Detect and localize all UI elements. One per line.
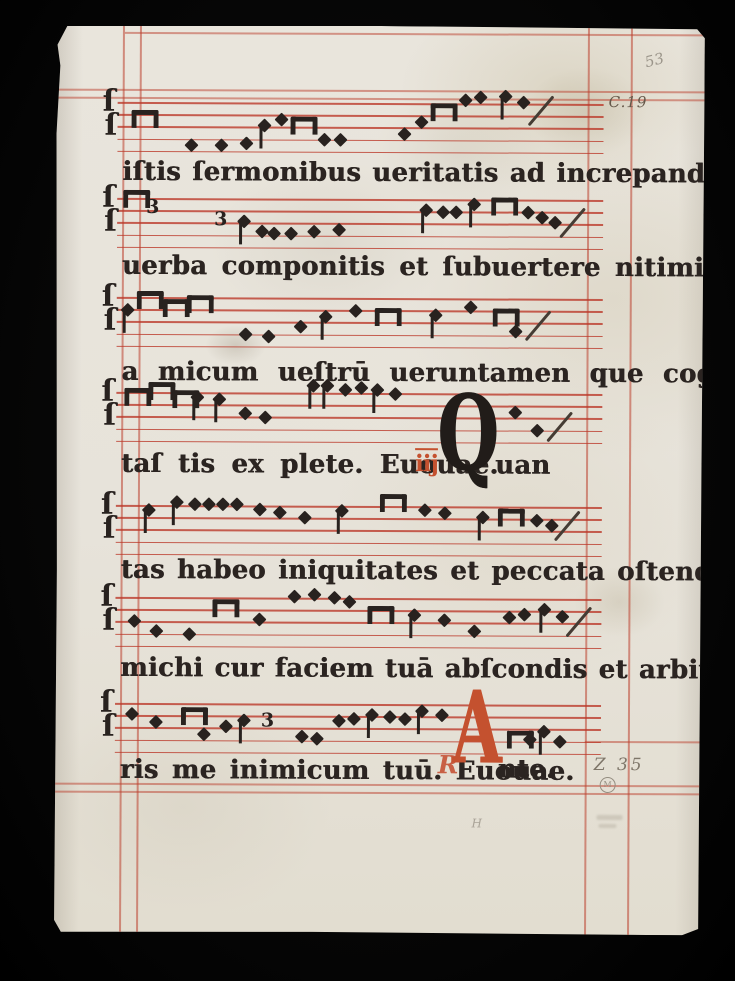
music-stave: ſſ — [119, 297, 595, 349]
chant-text-line: tas habeo iniquitates et peccata oſtende — [121, 553, 730, 590]
staff-line — [116, 441, 602, 445]
clef-hook-icon: ſ — [104, 111, 117, 141]
neume-clivis — [367, 606, 394, 624]
neume-clivis — [498, 509, 525, 527]
neume-flexa: 3 — [261, 711, 274, 730]
music-staves: ſſſſ33ſſſſſſſſſſ3 — [57, 25, 705, 28]
neume-punctum — [474, 90, 488, 104]
neume-punctum — [435, 708, 449, 722]
staff-line — [118, 126, 604, 130]
staff-line — [116, 416, 602, 420]
custos-tick — [546, 411, 573, 442]
music-stave: ſſ — [119, 102, 595, 154]
black-initial-q: Q — [437, 390, 499, 476]
neume-punctum — [216, 497, 230, 511]
staff-line — [115, 597, 601, 601]
neume-punctum — [298, 511, 312, 525]
neume-punctum — [239, 327, 253, 341]
neume-clivis — [291, 117, 318, 135]
music-stave: ſſ — [118, 505, 594, 557]
manuscript-page: ſſſſ33ſſſſſſſſſſ3 iſtis ſermonibus uerit… — [53, 25, 705, 936]
neume-punctum — [287, 590, 301, 604]
chant-text-line: michi cur faciem tuā abſcondis et arbitr… — [120, 651, 735, 688]
neume-punctum — [182, 627, 196, 641]
staff-line — [118, 114, 604, 118]
neume-punctum — [327, 591, 341, 605]
circled-monogram-stamp: M — [600, 777, 616, 793]
neume-punctum — [347, 712, 361, 726]
staff-line — [115, 703, 601, 707]
ruled-frame-lines — [57, 25, 705, 28]
neume-clivis — [124, 388, 151, 406]
neume-punctum — [383, 710, 397, 724]
red-frame-rule — [57, 97, 705, 101]
neume-punctum — [219, 719, 233, 733]
faint-pencil-smudge — [598, 824, 616, 828]
staff-line — [115, 646, 601, 650]
neume-punctum — [284, 227, 298, 241]
neume-punctum — [548, 216, 562, 230]
neume-punctum — [530, 424, 544, 438]
neume-punctum — [349, 304, 363, 318]
neume-punctum — [230, 497, 244, 511]
neume-punctum — [252, 612, 266, 626]
chant-syllable-after-initial: nte. — [498, 753, 555, 787]
music-stave: ſſ33 — [119, 198, 595, 250]
neume-punctum — [449, 205, 463, 219]
neume-punctum — [333, 133, 347, 147]
clef-hook-icon: ſ — [104, 306, 117, 336]
neume-punctum — [459, 93, 473, 107]
neume-flexa: 3 — [214, 210, 227, 229]
neume-punctum — [307, 588, 321, 602]
neume-punctum — [258, 410, 272, 424]
music-stave: ſſ — [117, 597, 593, 649]
neume-clivis — [380, 494, 407, 512]
staff-line — [115, 621, 601, 625]
red-mode-rubric: iij — [415, 450, 438, 477]
neume-punctum — [188, 497, 202, 511]
music-stave: ſſ — [118, 392, 594, 444]
neume-punctum — [317, 133, 331, 147]
staff-line — [117, 321, 603, 325]
neume-clivis — [375, 308, 402, 326]
pencil-folio-number: 53 — [643, 49, 666, 71]
staff-line — [117, 198, 603, 202]
neume-flexa: 3 — [146, 198, 159, 217]
red-frame-rule — [57, 89, 705, 93]
neume-punctum — [437, 613, 451, 627]
staff-line — [116, 529, 602, 533]
clef-hook-icon: ſ — [103, 401, 116, 431]
neume-clivis — [132, 110, 159, 128]
neume-clivis — [163, 299, 190, 317]
neume-punctum — [267, 226, 281, 240]
neume-clivis — [431, 103, 458, 121]
clef-hook-icon: ſ — [103, 514, 116, 544]
clef-hook-icon: ſ — [102, 606, 115, 636]
neume-punctum — [310, 732, 324, 746]
neume-clivis — [187, 295, 214, 313]
staff-line — [117, 222, 603, 226]
chant-text-line: a micum ueſtrū ueruntamen que cogi — [121, 355, 725, 392]
music-stave: ſſ3 — [117, 703, 593, 755]
faint-pencil-smudge — [597, 815, 623, 820]
clef-hook-icon: ſ — [102, 712, 115, 742]
clef-hook-icon: ſ — [104, 207, 117, 237]
neume-punctum — [149, 624, 163, 638]
neume-clivis — [181, 707, 208, 725]
staff-line — [116, 541, 602, 545]
neume-clivis — [212, 599, 239, 617]
neume-punctum — [553, 735, 567, 749]
chant-text-line: uerba componitis et ſubuertere nitimini — [122, 249, 733, 286]
neume-punctum — [202, 497, 216, 511]
red-initial-a: A — [452, 686, 502, 768]
photo-background: { "scene": { "description": "Leaf from a… — [0, 0, 735, 981]
neume-clivis — [491, 197, 518, 215]
pencil-price-code: Z 35 — [594, 755, 645, 775]
staff-line — [117, 346, 603, 350]
neume-punctum — [398, 712, 412, 726]
neume-punctum — [521, 206, 535, 220]
neume-punctum — [125, 707, 139, 721]
neume-punctum — [464, 300, 478, 314]
neume-clivis — [137, 291, 164, 309]
chant-syllable-after-initial: uan — [495, 449, 550, 483]
neume-punctum — [262, 329, 276, 343]
chant-text-line: iſtis ſermonibus ueritatis ad increpandū — [122, 155, 724, 192]
staff-line — [117, 234, 603, 238]
neume-punctum — [530, 514, 544, 528]
neume-punctum — [127, 614, 141, 628]
neume-punctum — [517, 608, 531, 622]
red-frame-rule — [125, 32, 705, 36]
faint-pencil-mark: H — [471, 816, 482, 830]
ink-shelfmark: C.19 — [609, 93, 648, 111]
red-frame-rule — [585, 741, 702, 743]
